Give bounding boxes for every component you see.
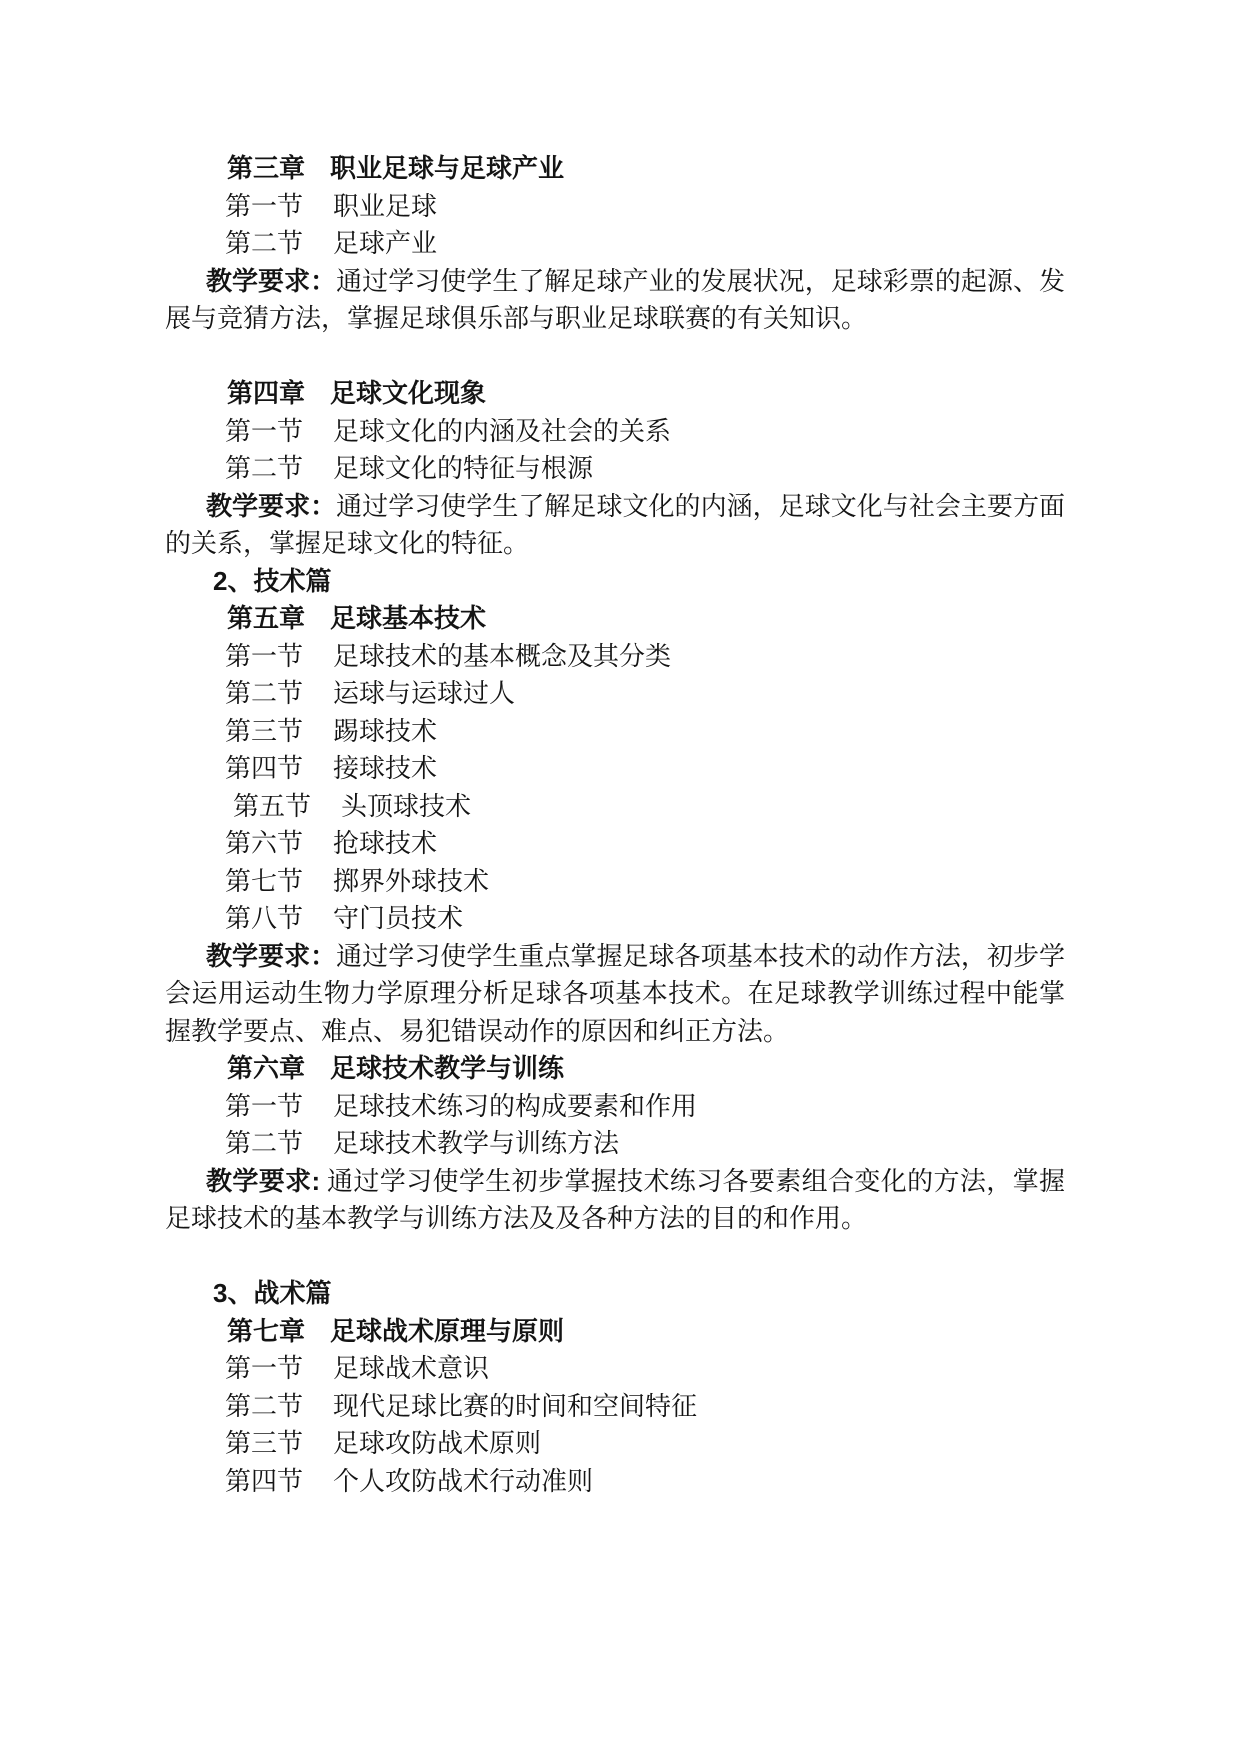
section-title: 足球战术意识: [333, 1354, 489, 1383]
section-number-label: 第二节: [225, 1129, 303, 1158]
section-item: 第七节掷界外球技术: [165, 863, 1065, 901]
section-number-label: 第三节: [225, 717, 303, 746]
document-page: 第三章职业足球与足球产业第一节职业足球第二节足球产业教学要求：通过学习使学生了解…: [0, 0, 1241, 1754]
chapter-heading: 第四章足球文化现象: [165, 375, 1065, 413]
chapter-title: 足球技术教学与训练: [330, 1053, 564, 1083]
teaching-requirement-label: 教学要求：: [206, 491, 336, 521]
section-title: 足球产业: [333, 229, 437, 258]
chapter-number-label: 第七章: [227, 1316, 305, 1346]
section-title: 足球技术教学与训练方法: [333, 1129, 619, 1158]
section-number-label: 第四节: [225, 754, 303, 783]
section-number-label: 第二节: [225, 1392, 303, 1421]
section-item: 第三节踢球技术: [165, 713, 1065, 751]
section-number-label: 第五节: [233, 792, 311, 821]
section-item: 第一节足球战术意识: [165, 1350, 1065, 1388]
section-item: 第二节足球产业: [165, 225, 1065, 263]
chapter-heading: 第七章足球战术原理与原则: [165, 1313, 1065, 1351]
section-title: 踢球技术: [333, 717, 437, 746]
section-item: 第二节足球技术教学与训练方法: [165, 1125, 1065, 1163]
chapter-heading: 第五章足球基本技术: [165, 600, 1065, 638]
section-number-label: 第二节: [225, 454, 303, 483]
section-title: 现代足球比赛的时间和空间特征: [333, 1392, 697, 1421]
section-number-label: 第一节: [225, 1354, 303, 1383]
teaching-requirement-label: 教学要求：: [206, 266, 336, 296]
teaching-requirement-label: 教学要求:: [206, 1166, 320, 1196]
section-item: 第一节足球技术练习的构成要素和作用: [165, 1088, 1065, 1126]
section-item: 第八节守门员技术: [165, 900, 1065, 938]
section-item: 第一节足球技术的基本概念及其分类: [165, 638, 1065, 676]
section-number-label: 第一节: [225, 192, 303, 221]
section-number-label: 第一节: [225, 642, 303, 671]
section-number-label: 第八节: [225, 904, 303, 933]
section-title: 守门员技术: [333, 904, 463, 933]
teaching-requirement-paragraph: 教学要求：通过学习使学生了解足球文化的内涵，足球文化与社会主要方面的关系，掌握足…: [165, 488, 1065, 563]
section-title: 职业足球: [333, 192, 437, 221]
part-heading: 2、技术篇: [165, 563, 1065, 601]
section-item: 第一节职业足球: [165, 188, 1065, 226]
chapter-number-label: 第五章: [227, 603, 305, 633]
teaching-requirement-paragraph: 教学要求：通过学习使学生了解足球产业的发展状况，足球彩票的起源、发展与竞猜方法，…: [165, 263, 1065, 338]
teaching-requirement-label: 教学要求：: [206, 941, 336, 971]
section-item: 第二节现代足球比赛的时间和空间特征: [165, 1388, 1065, 1426]
document-body: 第三章职业足球与足球产业第一节职业足球第二节足球产业教学要求：通过学习使学生了解…: [165, 150, 1065, 1500]
section-item: 第四节接球技术: [165, 750, 1065, 788]
section-item: 第四节个人攻防战术行动准则: [165, 1463, 1065, 1501]
section-item: 第六节抢球技术: [165, 825, 1065, 863]
chapter-title: 足球战术原理与原则: [330, 1316, 564, 1346]
chapter-number-label: 第四章: [227, 378, 305, 408]
chapter-title: 足球基本技术: [330, 603, 486, 633]
chapter-number-label: 第三章: [227, 153, 305, 183]
teaching-requirement-paragraph: 教学要求: 通过学习使学生初步掌握技术练习各要素组合变化的方法，掌握足球技术的基…: [165, 1163, 1065, 1238]
chapter-heading: 第三章职业足球与足球产业: [165, 150, 1065, 188]
section-number-label: 第一节: [225, 417, 303, 446]
section-item: 第二节足球文化的特征与根源: [165, 450, 1065, 488]
teaching-requirement-paragraph: 教学要求：通过学习使学生重点掌握足球各项基本技术的动作方法，初步学会运用运动生物…: [165, 938, 1065, 1051]
section-item: 第二节运球与运球过人: [165, 675, 1065, 713]
section-number-label: 第六节: [225, 829, 303, 858]
section-number-label: 第三节: [225, 1429, 303, 1458]
section-number-label: 第二节: [225, 229, 303, 258]
part-heading-title: 2、技术篇: [213, 566, 331, 596]
part-heading: 3、战术篇: [165, 1275, 1065, 1313]
section-number-label: 第二节: [225, 679, 303, 708]
section-title: 接球技术: [333, 754, 437, 783]
section-title: 足球文化的特征与根源: [333, 454, 593, 483]
chapter-heading: 第六章足球技术教学与训练: [165, 1050, 1065, 1088]
blank-line: [165, 1238, 1065, 1276]
part-heading-title: 3、战术篇: [213, 1278, 331, 1308]
section-title: 足球文化的内涵及社会的关系: [333, 417, 671, 446]
section-title: 运球与运球过人: [333, 679, 515, 708]
section-title: 足球技术的基本概念及其分类: [333, 642, 671, 671]
section-title: 头顶球技术: [341, 792, 471, 821]
section-title: 足球技术练习的构成要素和作用: [333, 1092, 697, 1121]
section-item: 第五节头顶球技术: [165, 788, 1065, 826]
chapter-title: 职业足球与足球产业: [330, 153, 564, 183]
blank-line: [165, 338, 1065, 376]
section-number-label: 第七节: [225, 867, 303, 896]
section-number-label: 第一节: [225, 1092, 303, 1121]
chapter-number-label: 第六章: [227, 1053, 305, 1083]
section-title: 掷界外球技术: [333, 867, 489, 896]
section-title: 足球攻防战术原则: [333, 1429, 541, 1458]
section-item: 第一节足球文化的内涵及社会的关系: [165, 413, 1065, 451]
section-title: 个人攻防战术行动准则: [333, 1467, 593, 1496]
section-item: 第三节足球攻防战术原则: [165, 1425, 1065, 1463]
chapter-title: 足球文化现象: [330, 378, 486, 408]
section-number-label: 第四节: [225, 1467, 303, 1496]
section-title: 抢球技术: [333, 829, 437, 858]
